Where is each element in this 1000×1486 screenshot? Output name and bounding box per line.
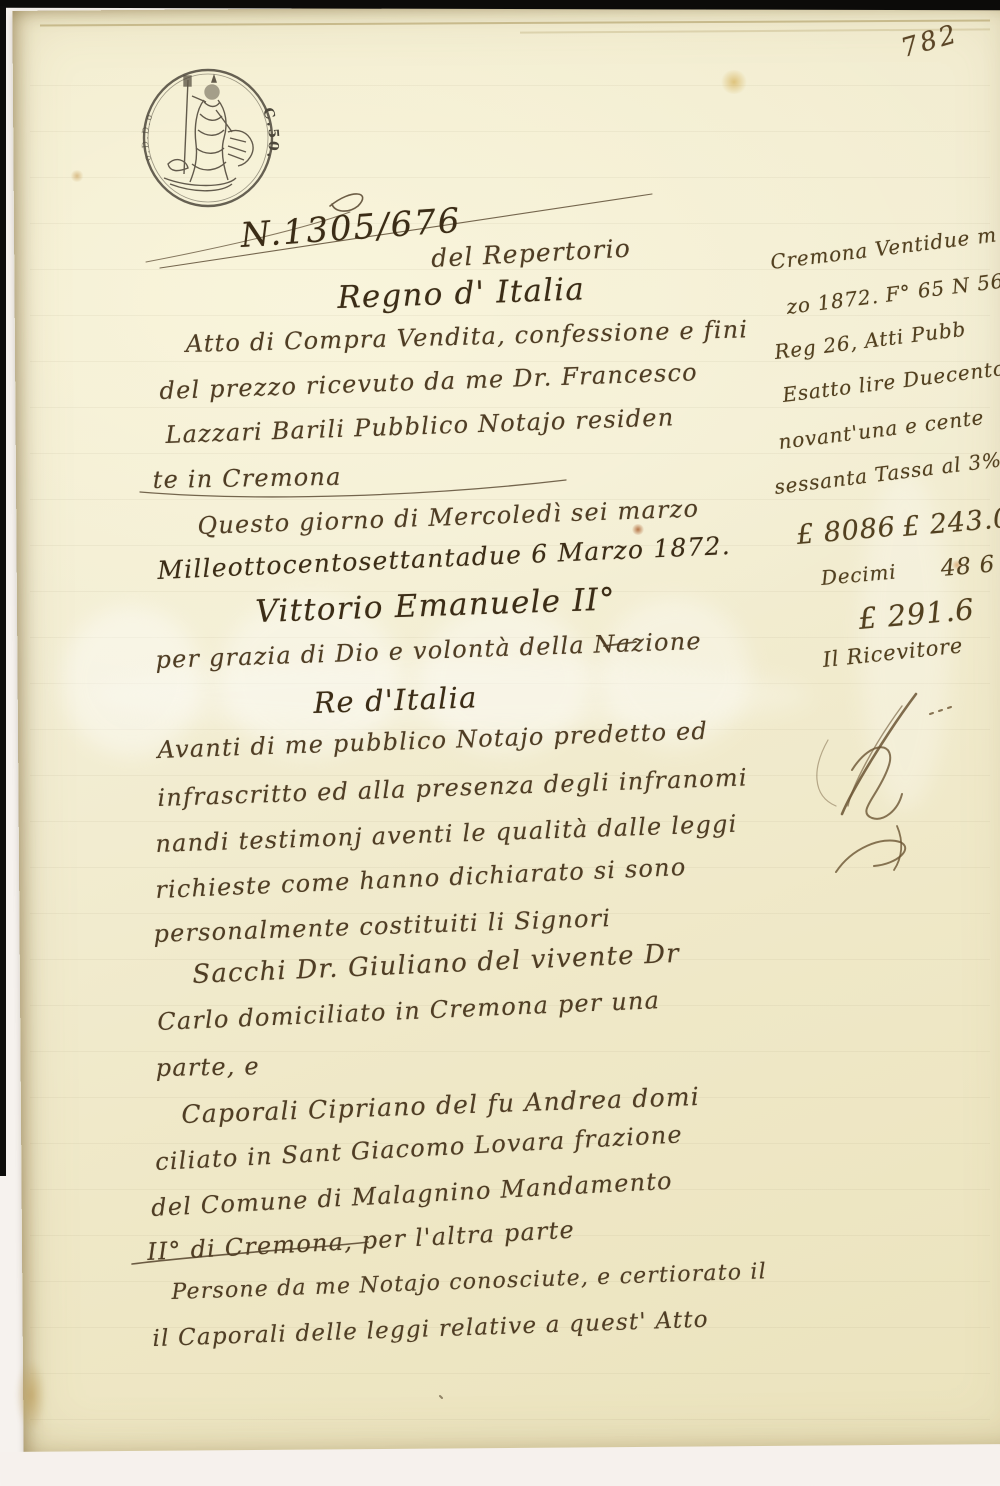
scan-edge-left bbox=[0, 6, 6, 1176]
handwritten-line: te in Cremona bbox=[153, 463, 342, 494]
document-scan: C.50. o.D.D.o 782 N.1 bbox=[0, 0, 1000, 1486]
scanner-background bbox=[0, 1444, 1000, 1486]
amount-decimi: 48 6 bbox=[940, 551, 996, 582]
title-re-d-italia: Re d'Italia bbox=[313, 680, 478, 720]
handwritten-line: parte, e bbox=[156, 1052, 261, 1082]
scan-edge-top bbox=[0, 0, 1000, 10]
